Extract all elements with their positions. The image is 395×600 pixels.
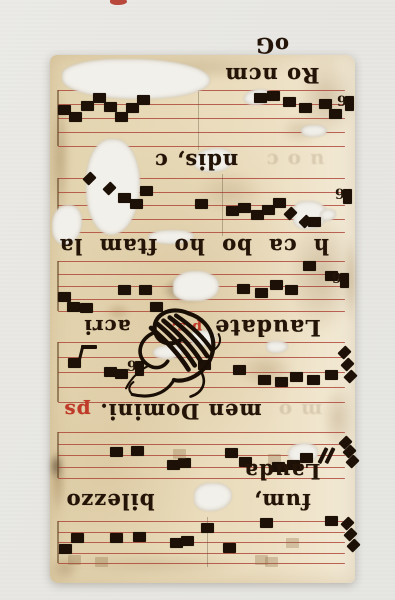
text-line-2: ndis, cu o c — [50, 146, 355, 178]
neume-diamond — [343, 369, 357, 383]
neume-square — [237, 284, 250, 294]
ghost-text: m o — [270, 396, 330, 426]
neume-square — [110, 447, 123, 457]
neume-square — [201, 523, 214, 533]
neume-square — [130, 199, 143, 209]
neume-square — [67, 302, 80, 312]
neume-square — [267, 91, 280, 101]
cadel-initial — [124, 307, 228, 403]
text-line-1: Ro ncm oG — [50, 60, 355, 92]
neume-square — [81, 101, 94, 111]
neume-diamond — [102, 181, 116, 195]
neume-square — [255, 288, 268, 298]
custos-note — [343, 189, 352, 204]
neume-square — [270, 280, 283, 290]
neume-square — [308, 217, 321, 227]
red-margin-mark — [110, 0, 127, 5]
neume-square — [181, 536, 194, 546]
neume-diamond — [340, 357, 354, 371]
neume-square — [299, 103, 312, 113]
neume-square — [133, 532, 146, 542]
neume-diamond — [337, 345, 351, 359]
neume-square — [178, 458, 191, 468]
ghost-text: u o c — [260, 146, 330, 176]
neume-square — [290, 372, 303, 382]
neume-square — [329, 109, 342, 119]
neume-square — [254, 93, 267, 103]
neume-square — [139, 285, 152, 295]
neume-square — [238, 203, 251, 213]
ghost-neume — [286, 538, 299, 548]
ghost-neume — [173, 449, 186, 459]
chant-text: ndis, c — [148, 146, 244, 176]
neume-square — [223, 543, 236, 553]
neume-square — [131, 446, 144, 456]
neume-square — [140, 186, 153, 196]
neume-diamond — [283, 206, 297, 220]
custos-note — [345, 96, 354, 111]
neume-square — [195, 199, 208, 209]
neume-square — [118, 285, 131, 295]
neume-square — [137, 95, 150, 105]
neume-square — [59, 544, 72, 554]
neume-layer-6 — [58, 521, 345, 577]
neume-square — [307, 375, 320, 385]
text-line-6: bilezzofum, Lauda — [50, 486, 355, 518]
ghost-neume — [68, 555, 81, 565]
neume-square — [233, 365, 246, 375]
ghost-neume — [265, 557, 278, 567]
custos-note — [340, 273, 349, 288]
neume-square — [110, 533, 123, 543]
ghost-neume — [95, 557, 108, 567]
neume-square — [58, 292, 71, 302]
neume-square — [260, 518, 273, 528]
neume-square — [273, 198, 286, 208]
plica-stem — [77, 347, 84, 364]
neume-square — [275, 377, 288, 387]
chant-text: Ro ncm oG — [210, 60, 334, 90]
neume-square — [69, 112, 82, 122]
neume-square — [319, 99, 332, 109]
chant-text: h ca bo ho ftam la — [52, 231, 336, 261]
chant-text: bilezzo — [55, 486, 165, 516]
chant-text: fum, Lauda — [218, 486, 346, 516]
neume-square — [325, 370, 338, 380]
neume-square — [285, 285, 298, 295]
photo-background: 9999Ro ncm oGndis, cu o ch ca bo ho ftam… — [0, 0, 395, 600]
neume-square — [104, 102, 117, 112]
neume-square — [258, 375, 271, 385]
neume-square — [115, 112, 128, 122]
neume-square — [283, 97, 296, 107]
neume-square — [71, 533, 84, 543]
text-line-3: h ca bo ho ftam la — [50, 231, 355, 263]
manuscript-leaf: 9999Ro ncm oGndis, cu o ch ca bo ho ftam… — [50, 55, 355, 583]
neume-square — [225, 448, 238, 458]
rubric-text: ps — [60, 396, 94, 426]
